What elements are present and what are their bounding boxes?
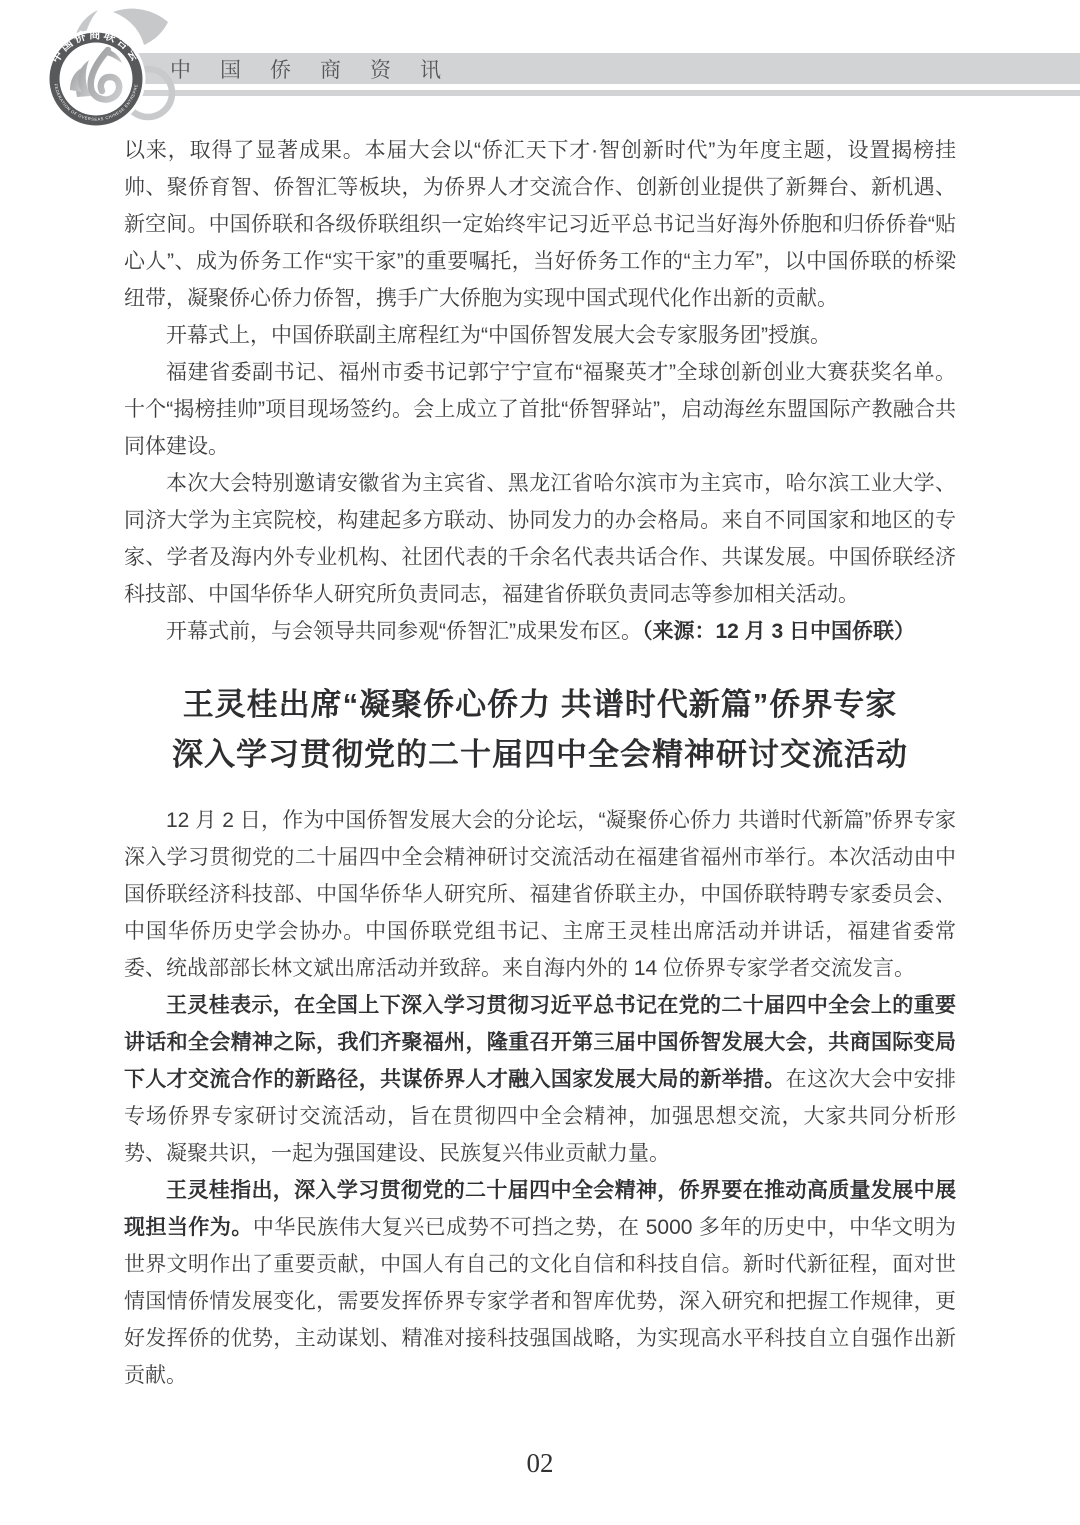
article2-title-line2: 深入学习贯彻党的二十届四中全会精神研讨交流活动 bbox=[124, 730, 956, 780]
article2-title-line1: 王灵桂出席“凝聚侨心侨力 共谱时代新篇”侨界专家 bbox=[124, 680, 956, 730]
article2-paragraph-2: 王灵桂表示，在全国上下深入学习贯彻习近平总书记在党的二十届四中全会上的重要讲话和… bbox=[124, 987, 956, 1172]
paragraph-text: 福建省委副书记、福州市委书记郭宁宁宣布“福聚英才”全球创新创业大赛获奖名单。十个… bbox=[124, 361, 956, 458]
article1-paragraph-4: 本次大会特别邀请安徽省为主宾省、黑龙江省哈尔滨市为主宾市，哈尔滨工业大学、同济大… bbox=[124, 465, 956, 613]
article1-paragraph-3: 福建省委副书记、福州市委书记郭宁宁宣布“福聚英才”全球创新创业大赛获奖名单。十个… bbox=[124, 354, 956, 465]
paragraph-text: 12 月 2 日，作为中国侨智发展大会的分论坛，“凝聚侨心侨力 共谱时代新篇”侨… bbox=[124, 809, 956, 980]
page-number: 02 bbox=[0, 1448, 1080, 1479]
article2-paragraph-3: 王灵桂指出，深入学习贯彻党的二十届四中全会精神，侨界要在推动高质量发展中展现担当… bbox=[124, 1172, 956, 1394]
article1-paragraph-5: 开幕式前，与会领导共同参观“侨智汇”成果发布区。（来源：12 月 3 日中国侨联… bbox=[124, 613, 956, 650]
paragraph-text: 以来，取得了显著成果。本届大会以“侨汇天下才·智创新时代”为年度主题，设置揭榜挂… bbox=[124, 139, 956, 310]
paragraph-text: 开幕式上，中国侨联副主席程红为“中国侨智发展大会专家服务团”授旗。 bbox=[166, 324, 831, 347]
article2-paragraph-1: 12 月 2 日，作为中国侨智发展大会的分论坛，“凝聚侨心侨力 共谱时代新篇”侨… bbox=[124, 802, 956, 987]
header-rule bbox=[112, 90, 1080, 96]
paragraph-text: 中华民族伟大复兴已成势不可挡之势，在 5000 多年的历史中，中华文明为世界文明… bbox=[124, 1216, 956, 1387]
source-note: （来源：12 月 3 日中国侨联） bbox=[642, 620, 915, 643]
header-band: 中国侨商资讯 bbox=[112, 53, 1080, 84]
newsletter-page: 中国侨商资讯 中国侨商联合会 CHINA FEDERATION bbox=[0, 0, 1080, 1525]
article1-paragraph-2: 开幕式上，中国侨联副主席程红为“中国侨智发展大会专家服务团”授旗。 bbox=[124, 317, 956, 354]
article2-title: 王灵桂出席“凝聚侨心侨力 共谱时代新篇”侨界专家 深入学习贯彻党的二十届四中全会… bbox=[124, 680, 956, 780]
article1-paragraph-1: 以来，取得了显著成果。本届大会以“侨汇天下才·智创新时代”为年度主题，设置揭榜挂… bbox=[124, 132, 956, 317]
paragraph-text: 开幕式前，与会领导共同参观“侨智汇”成果发布区。 bbox=[166, 620, 642, 643]
page-content: 以来，取得了显著成果。本届大会以“侨汇天下才·智创新时代”为年度主题，设置揭榜挂… bbox=[124, 132, 956, 1394]
band-title: 中国侨商资讯 bbox=[170, 54, 470, 84]
federation-logo: 中国侨商联合会 CHINA FEDERATION OF OVERSEAS CHI… bbox=[25, 0, 195, 140]
paragraph-text: 本次大会特别邀请安徽省为主宾省、黑龙江省哈尔滨市为主宾市，哈尔滨工业大学、同济大… bbox=[124, 472, 956, 606]
